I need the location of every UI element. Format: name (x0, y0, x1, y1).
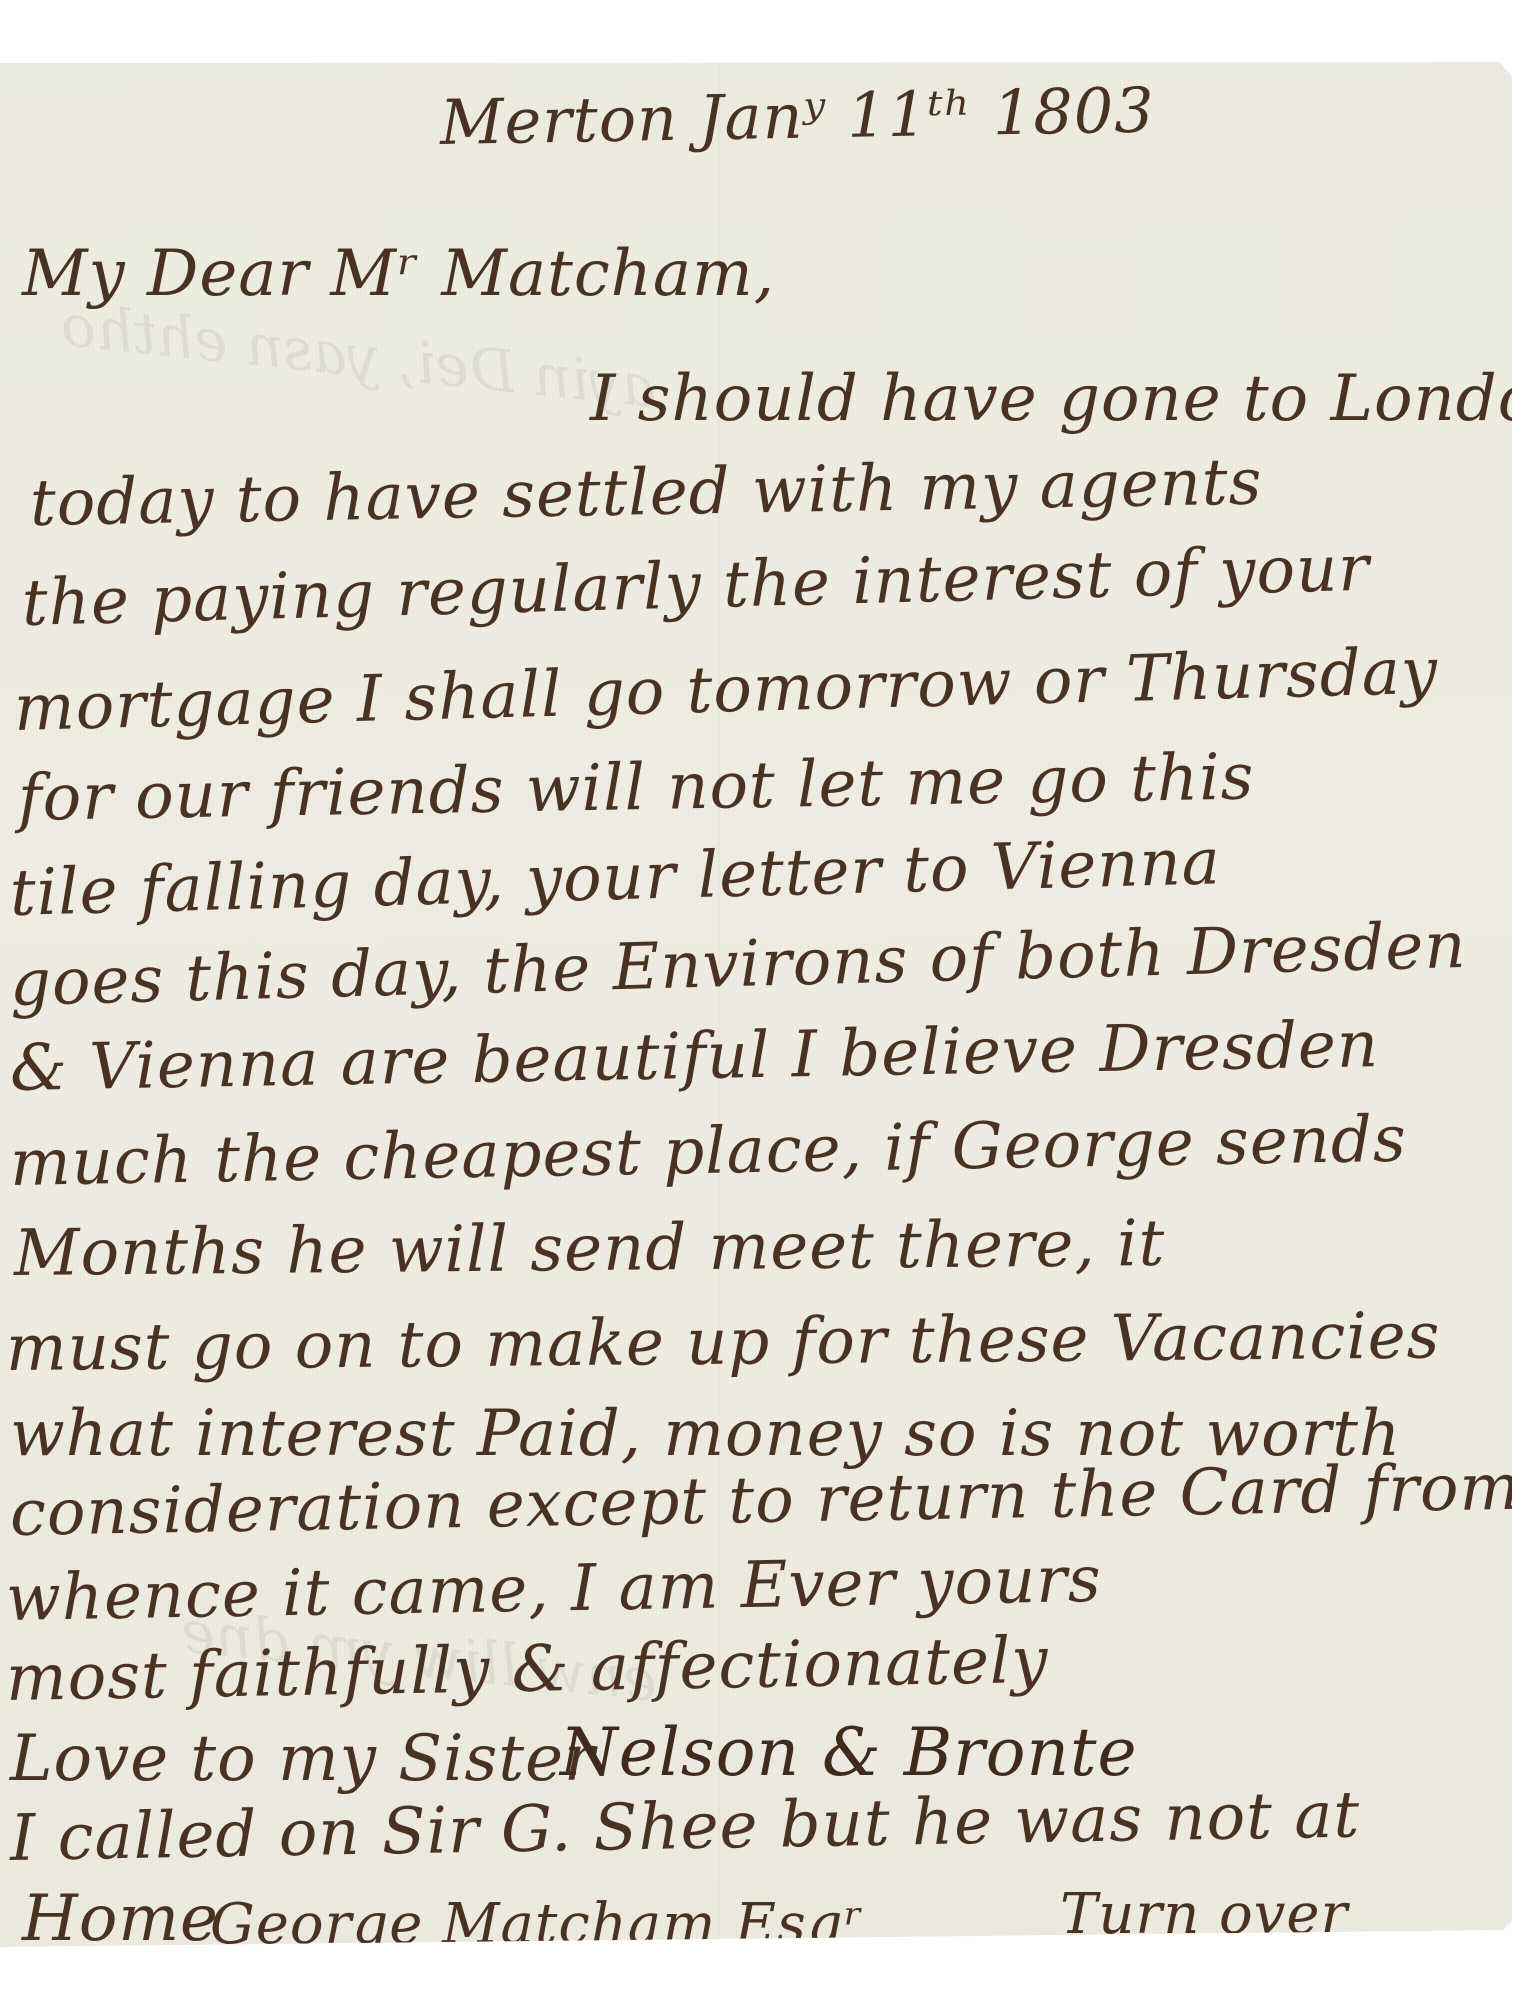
body-line-14: whence it came, I am Ever yours (5, 1548, 1102, 1631)
body-line-6: tile falling day, your letter to Vienna (9, 830, 1221, 926)
dateline: Merton Janʸ 11ᵗʰ 1803 (439, 80, 1155, 154)
body-line-7: goes this day, the Environs of both Dres… (9, 914, 1467, 1016)
body-line-10: Months he will send meet there, it (14, 1212, 1166, 1286)
body-line-3: the paying regularly the interest of you… (21, 537, 1370, 636)
postscript-line-1: I called on Sir G. Shee but he was not a… (9, 1783, 1360, 1871)
body-line-4: mortgage I shall go tomorrow or Thursday (13, 640, 1439, 741)
letter-paper: ayin Dei, yasn ehtho enw lliw ym dne Mer… (0, 62, 1512, 1947)
body-line-2: today to have settled with my agents (29, 450, 1262, 536)
closing-line: Love to my Sister (10, 1727, 596, 1791)
body-line-15: most faithfully & affectionately (5, 1629, 1049, 1711)
body-line-11: must go on to make up for these Vacancie… (6, 1304, 1441, 1381)
addressee: George Matcham Esqʳ (210, 1897, 864, 1953)
turn-over-note: Turn over (1060, 1887, 1348, 1943)
body-line-8: & Vienna are beautiful I believe Dresden (9, 1013, 1379, 1101)
body-line-5: for our friends will not let me go this (17, 745, 1255, 831)
salutation: My Dear Mʳ Matcham, (22, 242, 775, 306)
signature: Nelson & Bronte (560, 1720, 1138, 1786)
postscript-line-2: Home (22, 1887, 219, 1951)
body-line-1: I should have gone to London (590, 367, 1529, 431)
body-line-9: much the cheapest place, if George sends (9, 1108, 1407, 1196)
